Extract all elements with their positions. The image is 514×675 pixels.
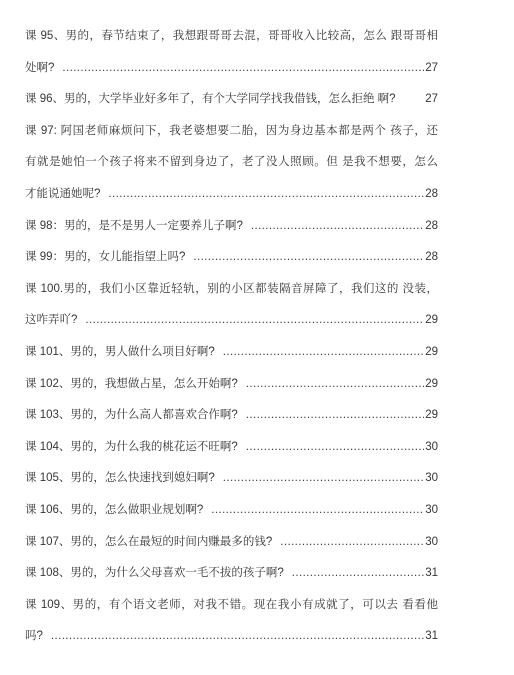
toc-entry-last-line: 课 105、男的，怎么快速找到媳妇啊? 30 [25, 463, 438, 495]
toc-entry-text: 课 98：男的，是不是男人一定要养儿子啊? [25, 211, 243, 243]
toc-entry-text: 课 102、男的，我想做占星，怎么开始啊? [25, 369, 238, 401]
toc-entry-text: 课 106、男的，怎么做职业规划啊? [25, 495, 203, 527]
toc-entry-wrap-line: 课 95、男的，春节结束了，我想跟哥哥去混，哥哥收入比较高，怎么 跟哥哥相 [25, 21, 438, 53]
toc-entry-text: 吗? [25, 621, 43, 653]
toc-entry-wrap-line: 课 100.男的，我们小区靠近轻轨，别的小区都装隔音屏障了，我们这的 没装， [25, 274, 438, 306]
toc-entry-last-line: 课 104、男的，为什么我的桃花运不旺啊? 30 [25, 432, 438, 464]
toc-entry: 课 104、男的，为什么我的桃花运不旺啊? 30 [25, 432, 438, 464]
toc-entry: 课 106、男的，怎么做职业规划啊? 30 [25, 495, 438, 527]
dot-leader [223, 463, 424, 495]
toc-list: 课 95、男的，春节结束了，我想跟哥哥去混，哥哥收入比较高，怎么 跟哥哥相 处啊… [25, 21, 438, 653]
toc-page-number: 27 [425, 53, 438, 85]
toc-page-number: 30 [425, 495, 438, 527]
toc-entry: 课 95、男的，春节结束了，我想跟哥哥去混，哥哥收入比较高，怎么 跟哥哥相 处啊… [25, 21, 438, 84]
toc-entry: 课 96、男的，大学毕业好多年了，有个大学同学找我借钱，怎么拒绝 啊? 27 [25, 84, 438, 116]
toc-page-number: 29 [425, 369, 438, 401]
toc-entry: 课 101、男的，男人做什么项目好啊? 29 [25, 337, 438, 369]
toc-entry-text: 课 101、男的，男人做什么项目好啊? [25, 337, 215, 369]
dot-leader [62, 53, 424, 85]
dot-leader [246, 369, 424, 401]
toc-page-number: 31 [425, 558, 438, 590]
toc-page-number: 28 [425, 179, 438, 211]
toc-page-number: 29 [425, 337, 438, 369]
dot-leader [223, 337, 424, 369]
toc-entry-text: 这咋弄吖? [25, 305, 77, 337]
toc-entry-text: 课 103、男的，为什么高人都喜欢合作啊? [25, 400, 238, 432]
toc-entry: 课 105、男的，怎么快速找到媳妇啊? 30 [25, 463, 438, 495]
toc-entry: 课 107、男的，怎么在最短的时间内赚最多的钱? 30 [25, 527, 438, 559]
toc-entry: 课 100.男的，我们小区靠近轻轨，别的小区都装隔音屏障了，我们这的 没装， 这… [25, 274, 438, 337]
toc-entry-text: 课 99：男的，女儿能指望上吗? [25, 242, 185, 274]
toc-entry-last-line: 才能说通她呢? 28 [25, 179, 438, 211]
toc-entry-text: 课 104、男的，为什么我的桃花运不旺啊? [25, 432, 238, 464]
toc-page-number: 31 [425, 621, 438, 653]
dot-leader [211, 495, 424, 527]
dot-leader [246, 400, 424, 432]
toc-entry: 课 97: 阿国老师麻烦问下，我老婆想要二胎，因为身边基本都是两个 孩子，还有就… [25, 116, 438, 211]
toc-entry-last-line: 课 106、男的，怎么做职业规划啊? 30 [25, 495, 438, 527]
dot-leader [85, 305, 424, 337]
toc-entry: 课 98：男的，是不是男人一定要养儿子啊? 28 [25, 211, 438, 243]
dot-leader [193, 242, 424, 274]
toc-entry: 课 102、男的，我想做占星，怎么开始啊? 29 [25, 369, 438, 401]
toc-entry-wrap-line: 课 97: 阿国老师麻烦问下，我老婆想要二胎，因为身边基本都是两个 孩子，还 [25, 116, 438, 148]
toc-entry-text: 课 105、男的，怎么快速找到媳妇啊? [25, 463, 215, 495]
toc-entry-last-line: 课 108、男的，为什么父母喜欢一毛不拔的孩子啊? 31 [25, 558, 438, 590]
toc-entry-last-line: 处啊? 27 [25, 53, 438, 85]
toc-entry: 课 99：男的，女儿能指望上吗? 28 [25, 242, 438, 274]
toc-page-number: 28 [425, 211, 438, 243]
dot-leader [108, 179, 424, 211]
toc-page-number: 28 [425, 242, 438, 274]
dot-leader [51, 621, 424, 653]
toc-entry: 课 108、男的，为什么父母喜欢一毛不拔的孩子啊? 31 [25, 558, 438, 590]
toc-entry: 课 109、男的，有个语文老师，对我不错。现在我小有成就了，可以去 看看他 吗?… [25, 590, 438, 653]
toc-entry-text: 课 108、男的，为什么父母喜欢一毛不拔的孩子啊? [25, 558, 284, 590]
dot-leader [280, 527, 424, 559]
toc-page-number: 27 [425, 84, 438, 116]
document-page: 课 95、男的，春节结束了，我想跟哥哥去混，哥哥收入比较高，怎么 跟哥哥相 处啊… [0, 0, 514, 675]
toc-entry-text: 处啊? [25, 53, 54, 85]
toc-entry-last-line: 课 99：男的，女儿能指望上吗? 28 [25, 242, 438, 274]
toc-entry-text: 才能说通她呢? [25, 179, 100, 211]
toc-page-number: 29 [425, 400, 438, 432]
toc-page-number: 30 [425, 432, 438, 464]
toc-entry-last-line: 课 102、男的，我想做占星，怎么开始啊? 29 [25, 369, 438, 401]
dot-leader [246, 432, 424, 464]
toc-entry-wrap-line: 课 109、男的，有个语文老师，对我不错。现在我小有成就了，可以去 看看他 [25, 590, 438, 622]
toc-page-number: 30 [425, 527, 438, 559]
toc-entry-last-line: 课 98：男的，是不是男人一定要养儿子啊? 28 [25, 211, 438, 243]
toc-entry-text: 课 107、男的，怎么在最短的时间内赚最多的钱? [25, 527, 272, 559]
dot-leader [292, 558, 424, 590]
toc-entry-last-line: 课 96、男的，大学毕业好多年了，有个大学同学找我借钱，怎么拒绝 啊? 27 [25, 84, 438, 116]
toc-entry: 课 103、男的，为什么高人都喜欢合作啊? 29 [25, 400, 438, 432]
toc-page-number: 29 [425, 305, 438, 337]
toc-entry-wrap-line: 有就是她怕一个孩子将来不留到身边了，老了没人照顾。但 是我不想要，怎么 [25, 147, 438, 179]
toc-page-number: 30 [425, 463, 438, 495]
toc-entry-text: 课 96、男的，大学毕业好多年了，有个大学同学找我借钱，怎么拒绝 啊? [25, 84, 396, 116]
toc-entry-last-line: 课 107、男的，怎么在最短的时间内赚最多的钱? 30 [25, 527, 438, 559]
dot-leader [251, 211, 424, 243]
toc-entry-last-line: 课 103、男的，为什么高人都喜欢合作啊? 29 [25, 400, 438, 432]
toc-entry-last-line: 吗? 31 [25, 621, 438, 653]
toc-entry-last-line: 这咋弄吖? 29 [25, 305, 438, 337]
toc-entry-last-line: 课 101、男的，男人做什么项目好啊? 29 [25, 337, 438, 369]
